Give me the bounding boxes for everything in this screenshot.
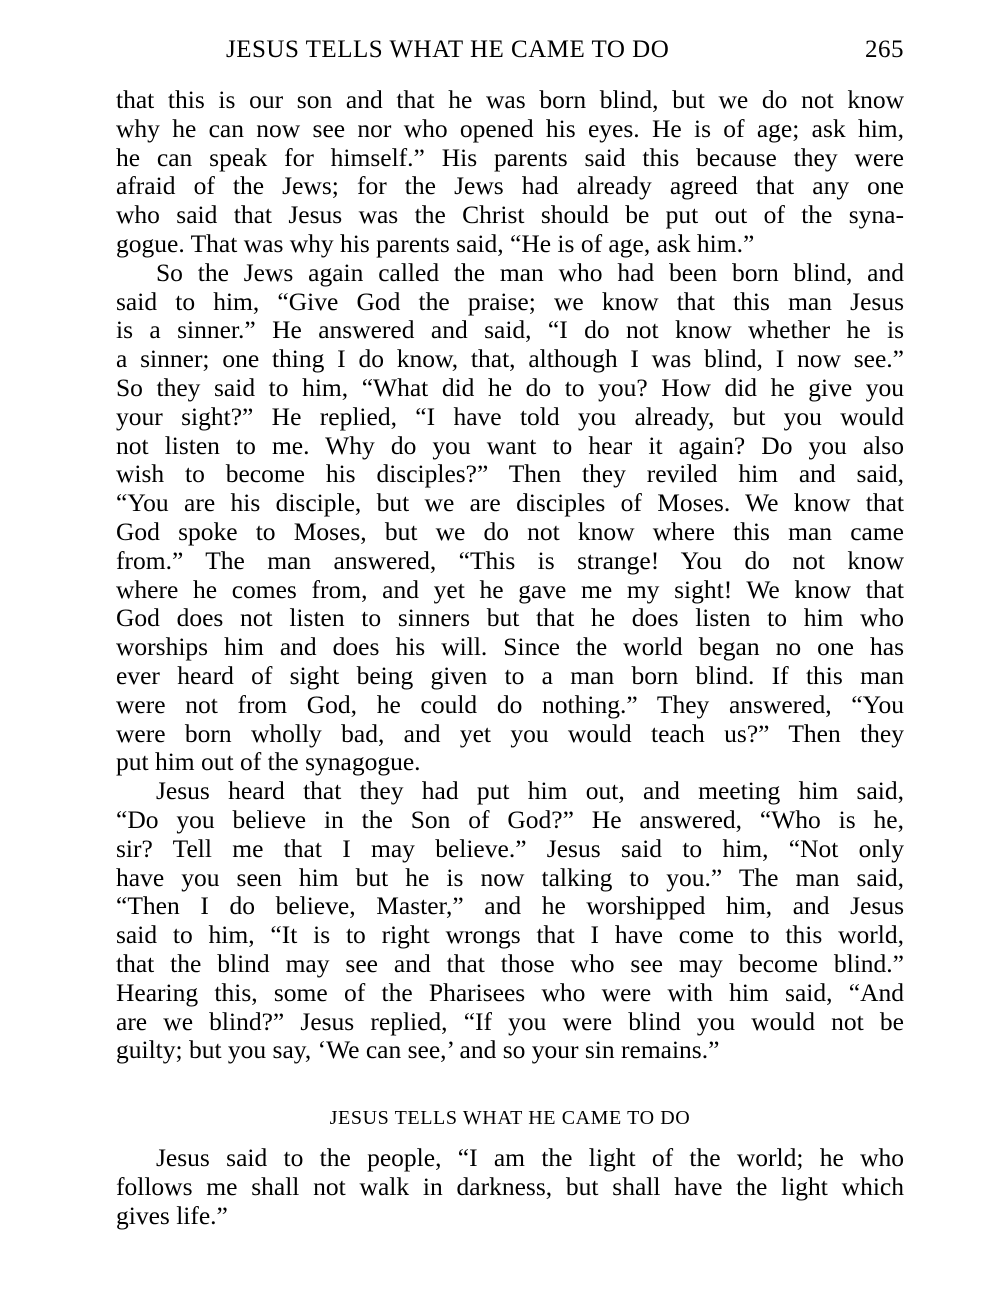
running-title: JESUS TELLS WHAT HE CAME TO DO xyxy=(226,34,669,66)
paragraph: that this is our son and that he was bor… xyxy=(116,86,904,259)
page-number: 265 xyxy=(865,34,904,66)
text-line: where he comes from, and yet he gave me … xyxy=(116,576,904,605)
text-line: that the blind may see and that those wh… xyxy=(116,950,904,979)
text-line: said to him, “Give God the praise; we kn… xyxy=(116,288,904,317)
text-line: put him out of the synagogue. xyxy=(116,748,904,777)
text-line: So they said to him, “What did he do to … xyxy=(116,374,904,403)
text-line: not listen to me. Why do you want to hea… xyxy=(116,432,904,461)
text-line: that this is our son and that he was bor… xyxy=(116,86,904,115)
text-line: were born wholly bad, and yet you would … xyxy=(116,720,904,749)
running-head: JESUS TELLS WHAT HE CAME TO DO 265 xyxy=(116,34,904,66)
text-line: guilty; but you say, ‘We can see,’ and s… xyxy=(116,1036,904,1065)
text-line: wish to become his disciples?” Then they… xyxy=(116,460,904,489)
text-line: who said that Jesus was the Christ shoul… xyxy=(116,201,904,230)
text-line: “Then I do believe, Master,” and he wors… xyxy=(116,892,904,921)
text-line: why he can now see nor who opened his ey… xyxy=(116,115,904,144)
section-heading: JESUS TELLS WHAT HE CAME TO DO xyxy=(116,1104,904,1132)
text-line: are we blind?” Jesus replied, “If you we… xyxy=(116,1008,904,1037)
text-line: gives life.” xyxy=(116,1202,904,1231)
text-line: worships him and does his will. Since th… xyxy=(116,633,904,662)
text-line: Jesus heard that they had put him out, a… xyxy=(116,777,904,806)
text-line: sir? Tell me that I may believe.” Jesus … xyxy=(116,835,904,864)
text-line: Jesus said to the people, “I am the ligh… xyxy=(116,1144,904,1173)
section-body-text: Jesus said to the people, “I am the ligh… xyxy=(116,1144,904,1230)
paragraph: So the Jews again called the man who had… xyxy=(116,259,904,777)
text-line: a sinner; one thing I do know, that, alt… xyxy=(116,345,904,374)
text-line: were not from God, he could do nothing.”… xyxy=(116,691,904,720)
text-line: your sight?” He replied, “I have told yo… xyxy=(116,403,904,432)
text-line: from.” The man answered, “This is strang… xyxy=(116,547,904,576)
text-line: afraid of the Jews; for the Jews had alr… xyxy=(116,172,904,201)
paragraph: Jesus said to the people, “I am the ligh… xyxy=(116,1144,904,1230)
body-text: that this is our son and that he was bor… xyxy=(116,86,904,1065)
text-line: So the Jews again called the man who had… xyxy=(116,259,904,288)
text-line: follows me shall not walk in darkness, b… xyxy=(116,1173,904,1202)
text-line: is a sinner.” He answered and said, “I d… xyxy=(116,316,904,345)
text-line: God spoke to Moses, but we do not know w… xyxy=(116,518,904,547)
text-line: “Do you believe in the Son of God?” He a… xyxy=(116,806,904,835)
book-page: JESUS TELLS WHAT HE CAME TO DO 265 that … xyxy=(0,0,1000,1307)
paragraph: Jesus heard that they had put him out, a… xyxy=(116,777,904,1065)
text-line: “You are his disciple, but we are discip… xyxy=(116,489,904,518)
text-line: have you seen him but he is now talking … xyxy=(116,864,904,893)
text-line: gogue. That was why his parents said, “H… xyxy=(116,230,904,259)
text-line: God does not listen to sinners but that … xyxy=(116,604,904,633)
text-line: ever heard of sight being given to a man… xyxy=(116,662,904,691)
text-line: said to him, “It is to right wrongs that… xyxy=(116,921,904,950)
text-line: Hearing this, some of the Pharisees who … xyxy=(116,979,904,1008)
text-line: he can speak for himself.” His parents s… xyxy=(116,144,904,173)
